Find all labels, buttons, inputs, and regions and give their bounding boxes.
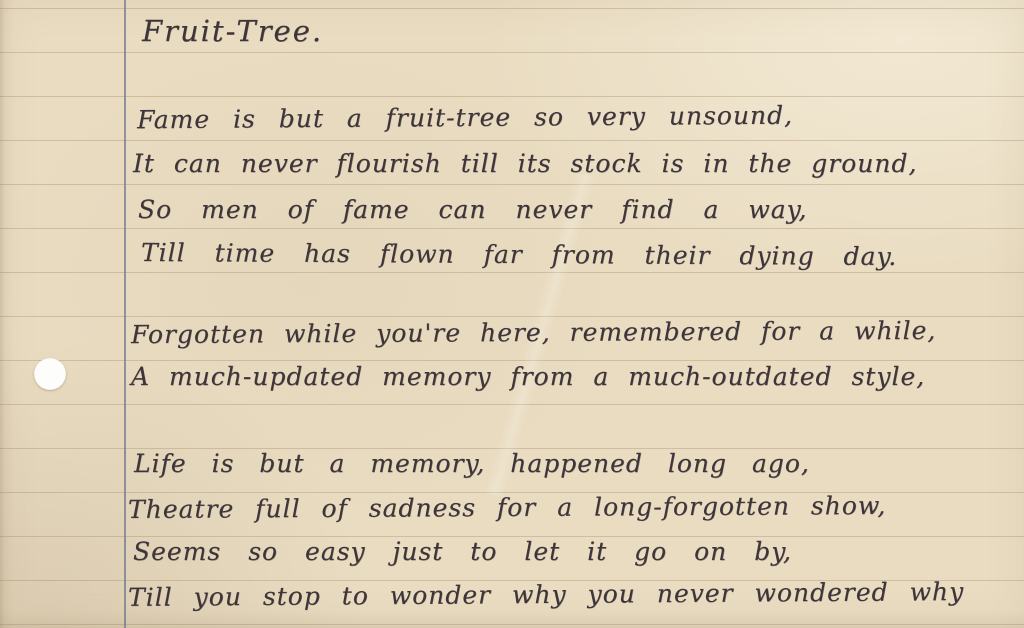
lyric-line: Till you stop to wonder why you never wo…	[128, 577, 964, 612]
lyric-line: Theatre full of sadness for a long-forgo…	[128, 491, 886, 524]
lyric-line: It can never flourish till its stock is …	[133, 149, 917, 178]
margin-line	[124, 0, 126, 628]
lyric-line: A much-updated memory from a much-outdat…	[131, 362, 925, 391]
lyric-line: Till time has flown far from their dying…	[141, 238, 897, 271]
notebook-page: Fruit-Tree. Fame is but a fruit-tree so …	[0, 0, 1024, 628]
page-title: Fruit-Tree.	[142, 14, 323, 48]
lyric-line: So men of fame can never find a way,	[138, 195, 807, 224]
lyric-line: Life is but a memory, happened long ago,	[134, 449, 810, 478]
hole-punch	[34, 358, 66, 390]
lyric-line: Seems so easy just to let it go on by,	[133, 537, 792, 566]
lyric-line: Fame is but a fruit-tree so very unsound…	[137, 101, 793, 135]
lyric-line: Forgotten while you're here, remembered …	[131, 316, 936, 349]
